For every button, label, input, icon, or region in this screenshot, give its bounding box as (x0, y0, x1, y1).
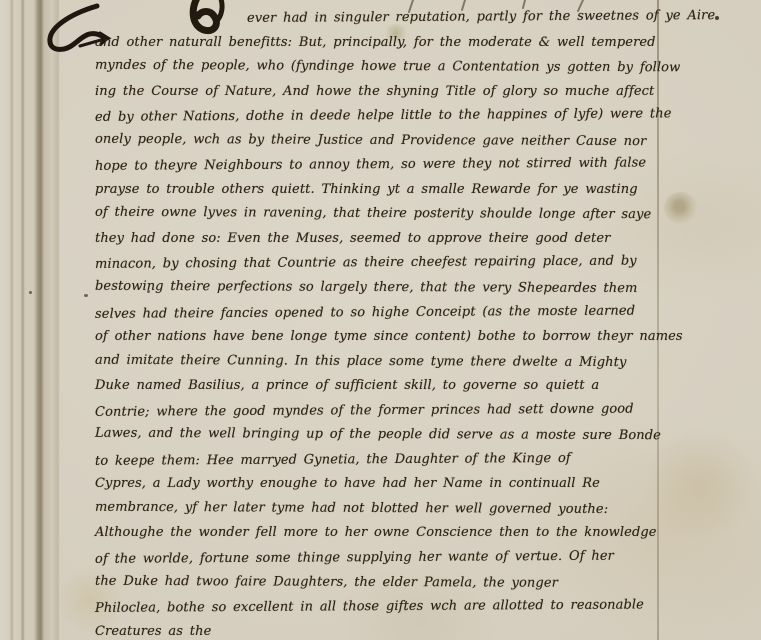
manuscript-line: myndes of the people, who (fyndinge howe… (95, 54, 695, 81)
manuscript-text: ever had in singuler reputation, partly … (95, 6, 695, 640)
page-speck (84, 294, 88, 297)
manuscript-line: Althoughe the wonder fell more to her ow… (95, 521, 695, 546)
manuscript-line: Creatures as the (95, 620, 695, 640)
manuscript-line: of theire owne lyves in ravening, that t… (95, 201, 695, 228)
manuscript-line: of the worlde, fortune some thinge suppl… (95, 544, 695, 572)
page-edges-gutter (0, 0, 60, 640)
manuscript-line: and other naturall benefitts: But, princ… (95, 31, 695, 56)
manuscript-line: Philoclea, bothe so excellent in all tho… (95, 593, 695, 621)
manuscript-line: and imitate theire Cunning. In this plac… (95, 348, 695, 375)
manuscript-line: ing the Course of Nature, And howe the s… (95, 80, 695, 105)
manuscript-line: selves had theire fancies opened to so h… (95, 299, 695, 327)
page-speck (715, 16, 719, 20)
manuscript-line: prayse to trouble others quiett. Thinkin… (95, 178, 695, 203)
manuscript-line: onely people, wch as by theire Justice a… (95, 127, 695, 154)
manuscript-line: hope to theyre Neighbours to annoy them,… (95, 151, 695, 179)
manuscript-line: membrance, yf her later tyme had not blo… (95, 496, 695, 523)
manuscript-photo: ever had in singuler reputation, partly … (0, 0, 761, 640)
manuscript-line: minacon, by chosing that Countrie as the… (95, 250, 695, 278)
manuscript-line: Duke named Basilius, a prince of suffici… (95, 374, 695, 399)
manuscript-line: to keepe them: Hee marryed Gynetia, the … (95, 446, 695, 474)
manuscript-line: the Duke had twoo faire Daughters, the e… (95, 569, 695, 596)
manuscript-line: they had done so: Even the Muses, seemed… (95, 227, 695, 252)
manuscript-line: Lawes, and the well bringing up of the p… (95, 422, 695, 449)
manuscript-line: of other nations have bene longe tyme si… (95, 325, 695, 350)
page-speck (29, 291, 32, 294)
manuscript-line: ed by other Nations, dothe in deede help… (95, 102, 695, 130)
manuscript-line: ever had in singuler reputation, partly … (95, 4, 695, 32)
manuscript-line: Cypres, a Lady worthy enoughe to have ha… (95, 472, 695, 497)
manuscript-line: bestowing theire perfections so largely … (95, 275, 695, 302)
manuscript-line: Contrie; where the good myndes of the fo… (95, 397, 695, 425)
